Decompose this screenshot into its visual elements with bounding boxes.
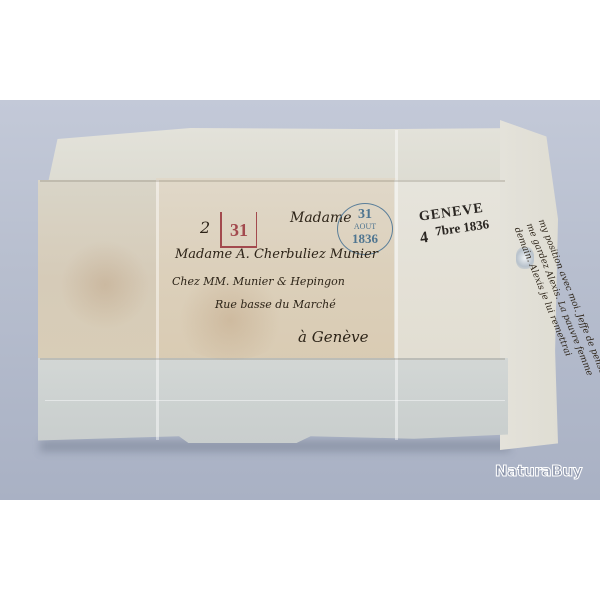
top-flap: [48, 128, 523, 183]
fold-line: [156, 180, 159, 440]
address-line-1: Madame A. Cherbuliez Munier: [175, 247, 378, 262]
age-stain: [60, 240, 150, 330]
fold-line: [40, 358, 505, 360]
address-line-2: Chez MM. Munier & Hepingon: [172, 275, 345, 288]
address-line-4: à Genève: [298, 328, 368, 346]
naturabuy-watermark: NaturaBuy: [495, 462, 582, 480]
fold-line: [45, 400, 505, 401]
letter-photo: 2 31 Madame 31 AOUT 1836 Madame A. Cherb…: [0, 100, 600, 500]
left-mark: 2: [200, 218, 210, 237]
address-line-3: Rue basse du Marché: [215, 298, 336, 311]
side-note: my position avec moi. Jeffe de penser me…: [505, 218, 565, 500]
red-tax-stamp: 31: [220, 212, 257, 248]
age-stain: [170, 280, 290, 360]
fold-line: [395, 130, 398, 440]
fold-line: [40, 180, 505, 182]
